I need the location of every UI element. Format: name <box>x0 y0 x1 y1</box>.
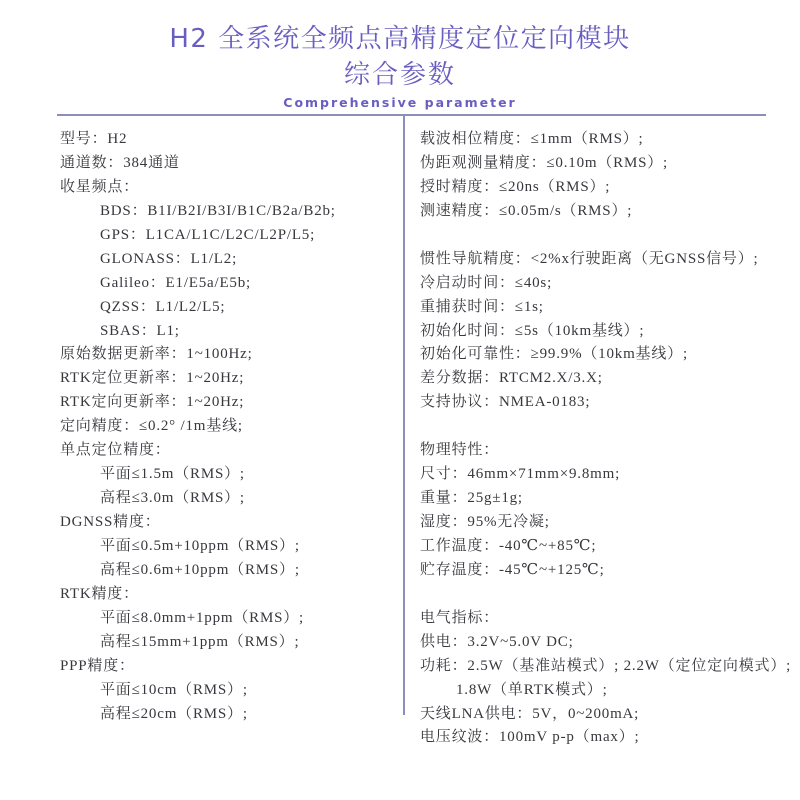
page-subtitle: 综合参数 <box>0 58 800 92</box>
spec-line: GPS：L1CA/L1C/L2C/L2P/L5; <box>60 224 400 248</box>
spec-line: 载波相位精度：≤1mm（RMS）; <box>420 128 798 152</box>
page-title: H2 全系统全频点高精度定位定向模块 <box>0 22 800 56</box>
spec-line: 功耗：2.5W（基准站模式）; 2.2W（定位定向模式）; <box>420 655 798 679</box>
spec-line: 天线LNA供电：5V，0~200mA; <box>420 703 798 727</box>
spec-line: 差分数据：RTCM2.X/3.X; <box>420 367 798 391</box>
spec-line: 原始数据更新率：1~100Hz; <box>60 343 400 367</box>
spec-line: 定向精度：≤0.2° /1m基线; <box>60 415 400 439</box>
spec-line <box>420 583 798 607</box>
spec-line: PPP精度： <box>60 655 400 679</box>
spec-line: 测速精度：≤0.05m/s（RMS）; <box>420 200 798 224</box>
spec-line: 单点定位精度： <box>60 439 400 463</box>
spec-line: 平面≤10cm（RMS）; <box>60 679 400 703</box>
left-spec-column: 型号：H2通道数：384通道收星频点：BDS：B1I/B2I/B3I/B1C/B… <box>60 128 400 726</box>
spec-line: QZSS：L1/L2/L5; <box>60 296 400 320</box>
right-spec-column: 载波相位精度：≤1mm（RMS）;伪距观测量精度：≤0.10m（RMS）;授时精… <box>420 128 798 750</box>
spec-line: 湿度：95%无冷凝; <box>420 511 798 535</box>
spec-line: 初始化时间：≤5s（10km基线）; <box>420 320 798 344</box>
spec-line: 尺寸：46mm×71mm×9.8mm; <box>420 463 798 487</box>
spec-line <box>420 224 798 248</box>
spec-line: 授时精度：≤20ns（RMS）; <box>420 176 798 200</box>
spec-line: 惯性导航精度：<2%x行驶距离（无GNSS信号）; <box>420 248 798 272</box>
spec-line: DGNSS精度： <box>60 511 400 535</box>
spec-line: 高程≤3.0m（RMS）; <box>60 487 400 511</box>
spec-line: Galileo：E1/E5a/E5b; <box>60 272 400 296</box>
spec-line: 1.8W（单RTK模式）; <box>420 679 798 703</box>
spec-line: 平面≤1.5m（RMS）; <box>60 463 400 487</box>
spec-line: RTK定位更新率：1~20Hz; <box>60 367 400 391</box>
spec-line: 型号：H2 <box>60 128 400 152</box>
spec-line: 通道数：384通道 <box>60 152 400 176</box>
spec-line: 重量：25g±1g; <box>420 487 798 511</box>
spec-line: RTK精度： <box>60 583 400 607</box>
spec-line: 平面≤0.5m+10ppm（RMS）; <box>60 535 400 559</box>
spec-line: 冷启动时间：≤40s; <box>420 272 798 296</box>
spec-line: 高程≤15mm+1ppm（RMS）; <box>60 631 400 655</box>
spec-line: 工作温度：-40℃~+85℃; <box>420 535 798 559</box>
spec-line: 平面≤8.0mm+1ppm（RMS）; <box>60 607 400 631</box>
spec-line: SBAS：L1; <box>60 320 400 344</box>
spec-line: 电气指标： <box>420 607 798 631</box>
spec-line: 收星频点： <box>60 176 400 200</box>
header-divider <box>57 114 766 116</box>
spec-line: GLONASS：L1/L2; <box>60 248 400 272</box>
spec-line: BDS：B1I/B2I/B3I/B1C/B2a/B2b; <box>60 200 400 224</box>
spec-line: 供电：3.2V~5.0V DC; <box>420 631 798 655</box>
spec-line: 初始化可靠性：≥99.9%（10km基线）; <box>420 343 798 367</box>
document-header: H2 全系统全频点高精度定位定向模块 综合参数 Comprehensive pa… <box>0 22 800 110</box>
spec-line <box>420 415 798 439</box>
spec-line: RTK定向更新率：1~20Hz; <box>60 391 400 415</box>
page-subtitle-english: Comprehensive parameter <box>0 95 800 110</box>
spec-line: 高程≤20cm（RMS）; <box>60 703 400 727</box>
spec-line: 支持协议：NMEA-0183; <box>420 391 798 415</box>
spec-line: 高程≤0.6m+10ppm（RMS）; <box>60 559 400 583</box>
spec-line: 电压纹波：100mV p-p（max）; <box>420 726 798 750</box>
spec-sheet-page: { "theme": { "accent_color": "#6a5dc0", … <box>0 0 800 800</box>
spec-line: 物理特性： <box>420 439 798 463</box>
spec-line: 伪距观测量精度：≤0.10m（RMS）; <box>420 152 798 176</box>
spec-line: 重捕获时间：≤1s; <box>420 296 798 320</box>
spec-line: 贮存温度：-45℃~+125℃; <box>420 559 798 583</box>
column-divider <box>403 114 405 715</box>
